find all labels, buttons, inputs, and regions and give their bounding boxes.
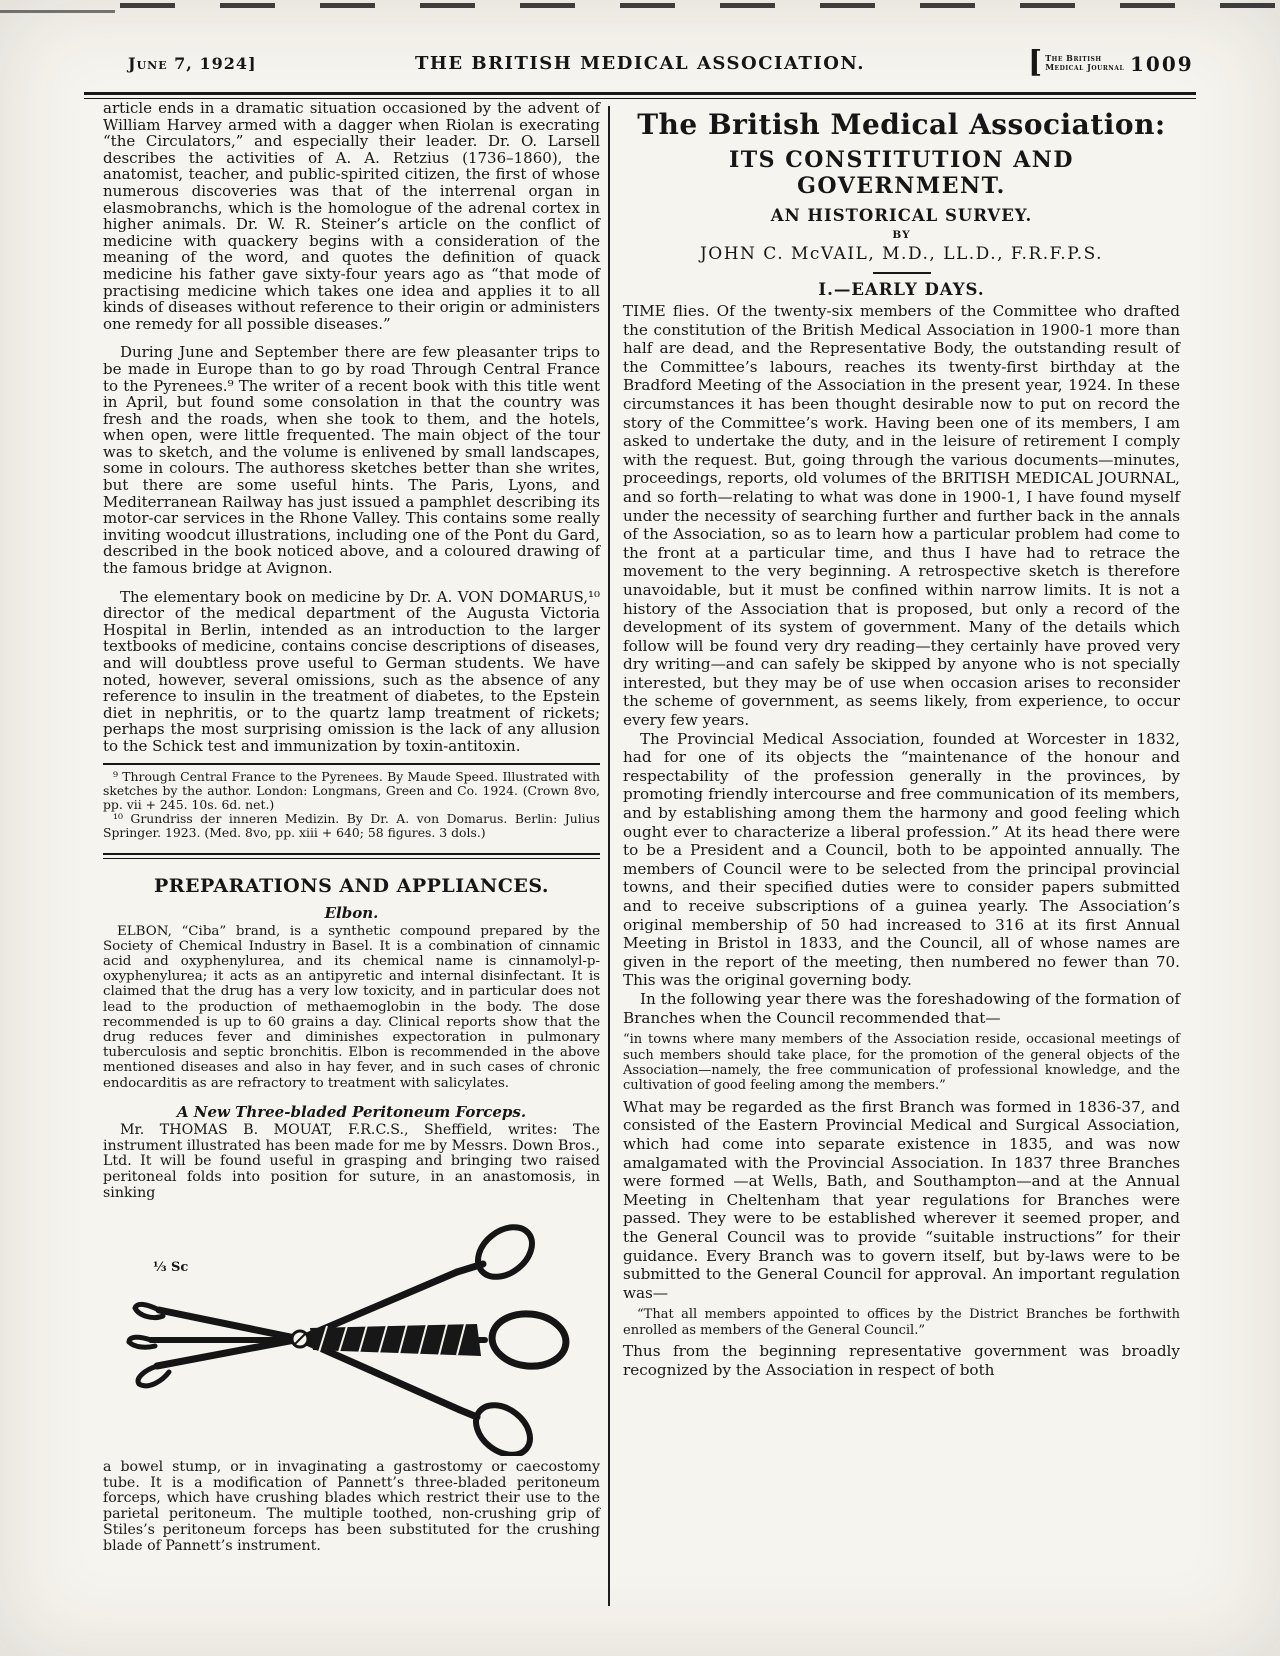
subsection-heading-forceps: A New Three-bladed Peritoneum Forceps. (103, 1103, 600, 1121)
column-divider (608, 106, 610, 1606)
right-column: The British Medical Association: ITS CON… (623, 104, 1180, 1379)
left-column: article ends in a dramatic situation occ… (103, 100, 600, 1555)
article-subtitle-2: AN HISTORICAL SURVEY. (623, 206, 1180, 225)
section-heading: PREPARATIONS AND APPLIANCES. (103, 875, 600, 897)
figure-scale-label: ⅓ Sc (153, 1260, 188, 1275)
article-subtitle: ITS CONSTITUTION AND GOVERNMENT. (623, 147, 1180, 199)
elbon-paragraph: ELBON, “Ciba” brand, is a synthetic comp… (103, 924, 600, 1091)
forceps-figure: ⅓ Sc (105, 1208, 585, 1456)
header-rule (84, 92, 1196, 99)
block-quote: “in towns where many members of the Asso… (623, 1032, 1180, 1094)
scan-artifact-top (120, 3, 1280, 8)
ornament-rule (873, 272, 931, 274)
article-title: The British Medical Association: (623, 108, 1180, 141)
article-paragraph: Thus from the beginning representative g… (623, 1342, 1180, 1379)
review-paragraph: During June and September there are few … (103, 344, 600, 576)
subsection-heading-elbon: Elbon. (103, 904, 600, 922)
bracket-glyph: [ (1028, 50, 1042, 76)
section-divider-rule (103, 853, 600, 859)
byline-prefix: BY (623, 229, 1180, 241)
review-paragraph: The elementary book on medicine by Dr. A… (103, 589, 600, 755)
block-quote: “That all members appointed to offices b… (623, 1307, 1180, 1338)
journal-name-line2: Medical Journal (1045, 63, 1124, 72)
author-name: JOHN C. McVAIL, M.D., LL.D., F.R.F.P.S. (623, 244, 1180, 264)
forceps-paragraph-1: Mr. THOMAS B. MOUAT, F.R.C.S., Sheffield… (103, 1123, 600, 1202)
header-journal-box: [ The British Medical Journal (1028, 50, 1124, 76)
footnote: ¹⁰ Grundriss der inneren Medizin. By Dr.… (103, 812, 600, 840)
article-paragraph: The Provincial Medical Association, foun… (623, 730, 1180, 990)
review-paragraph: article ends in a dramatic situation occ… (103, 100, 600, 332)
forceps-paragraph-2: a bowel stump, or in invaginating a gast… (103, 1460, 600, 1555)
article-paragraph: What may be regarded as the first Branch… (623, 1098, 1180, 1303)
scan-artifact-top-left (0, 10, 115, 13)
article-paragraph: In the following year there was the fore… (623, 990, 1180, 1027)
journal-page: June 7, 1924] THE BRITISH MEDICAL ASSOCI… (0, 0, 1280, 1656)
forceps-illustration (105, 1208, 585, 1456)
footnote-rule (103, 763, 600, 765)
chapter-heading: I.—EARLY DAYS. (623, 280, 1180, 299)
page-number: 1009 (1130, 52, 1194, 76)
article-paragraph: TIME flies. Of the twenty-six members of… (623, 302, 1180, 730)
footnote: ⁹ Through Central France to the Pyrenees… (103, 770, 600, 813)
